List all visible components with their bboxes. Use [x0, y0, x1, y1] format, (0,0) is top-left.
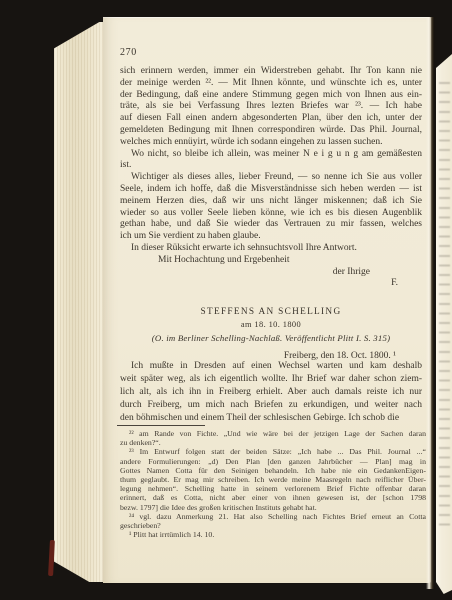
text-line: ich um Sie verdient zu haben glaube. [120, 231, 422, 243]
photo-of-open-book: { "colors": { "page": "#f1ead6", "backgr… [0, 0, 452, 600]
section-heading-source-note: (O. im Berliner Schelling-Nachlaß. Veröf… [120, 333, 422, 343]
text-line: Wichtiger als dieses alles, lieber Freun… [120, 172, 422, 184]
letter-signature-initial: F. [120, 278, 422, 290]
text-line: ²³ Im Entwurf folgen statt der beiden Sä… [120, 447, 426, 456]
text-line: sich erinnern werden, immer ein Widerstr… [120, 66, 422, 78]
letter-signature: der Ihrige [120, 267, 422, 279]
text-line: der meinige werden ²². — Mit Ihnen könnt… [120, 78, 422, 90]
text-line: welches mich ennüyirt, würde ich sodann … [120, 137, 422, 149]
footnote-separator-rule [117, 425, 205, 426]
text-line: thum geglaubt. Er mag mir schreiben. Ich… [120, 475, 426, 484]
text-line: gethan habe, und daß Sie wieder das Vert… [120, 219, 422, 231]
text-line: den böhmischen und einem Theil der schle… [120, 412, 422, 425]
book-page: 270 sich erinnern werden, immer ein Wide… [103, 17, 431, 583]
text-line: Gottes Namen Cotta für den Seinigen beha… [120, 466, 426, 475]
text-line: träte, als sie bei Verfassung Ihres lezt… [120, 101, 422, 113]
text-line: wieder so aus voller Seele lieben könne,… [120, 208, 422, 220]
text-line: der Bedingung, daß eine andere Stimmung … [120, 90, 422, 102]
text-line: meinem Herzen dies, daß wir uns nicht lä… [120, 196, 422, 208]
next-page-text-bleed [439, 82, 450, 532]
text-line: geschrieben? [120, 521, 426, 530]
text-line: Ich mußte in Dresden auf einen Wechsel w… [120, 360, 422, 373]
text-line: Seele, indem ich hoffe, daß die Misverst… [120, 184, 422, 196]
page-number: 270 [120, 47, 137, 58]
text-line: ist. [120, 160, 422, 172]
text-line: ¹ Plitt hat irrtümlich 14. 10. [120, 530, 426, 539]
text-line: zu denken?“. [120, 438, 426, 447]
letter-end-body: sich erinnern werden, immer ein Widerstr… [120, 66, 422, 290]
letter-start-body: Ich mußte in Dresden auf einen Wechsel w… [120, 360, 422, 425]
text-line: auf diesen Fall einen andern abgesondert… [120, 113, 422, 125]
page-edge-shadow [426, 17, 437, 589]
section-heading-title: STEFFENS AN SCHELLING [120, 307, 422, 317]
text-line: In dieser Rüksicht erwarte ich sehnsucht… [120, 243, 422, 255]
text-line: weit später weg, als ich eigentlich woll… [120, 373, 422, 386]
text-line: lich alt, als ich ihn in Freiberg erhiel… [120, 386, 422, 399]
footnotes: ²² am Rande von Fichte. „Und wie wäre be… [120, 429, 426, 539]
letter-valediction: Mit Hochachtung und Ergebenheit [120, 255, 422, 267]
text-line: ²² am Rande von Fichte. „Und wie wäre be… [120, 429, 426, 438]
text-line: legung nehmen“. Schelling hatte in seine… [120, 484, 426, 493]
text-line: bezw. 1797] die Idee des großen kritisch… [120, 503, 426, 512]
section-heading-date: am 18. 10. 1800 [120, 320, 422, 329]
text-line: ²⁴ vgl. dazu Anmerkung 21. Hat also Sche… [120, 512, 426, 521]
text-line: erinnert, daß es Cotta, nicht aber einer… [120, 493, 426, 502]
text-line: gemeldeten Bedingung mit Ihnen correspon… [120, 125, 422, 137]
letter-end-paragraphs: sich erinnern werden, immer ein Widerstr… [120, 66, 422, 255]
text-line: durch Freiberg, um mich nach Briefen zu … [120, 399, 422, 412]
next-page-edge [436, 52, 452, 594]
section-heading: STEFFENS AN SCHELLING am 18. 10. 1800 (O… [120, 307, 422, 343]
text-line: Wo nicht, so bleibe ich allein, was mein… [120, 149, 422, 161]
text-line: andere Formulierungen: „d) Den Plan [den… [120, 457, 426, 466]
